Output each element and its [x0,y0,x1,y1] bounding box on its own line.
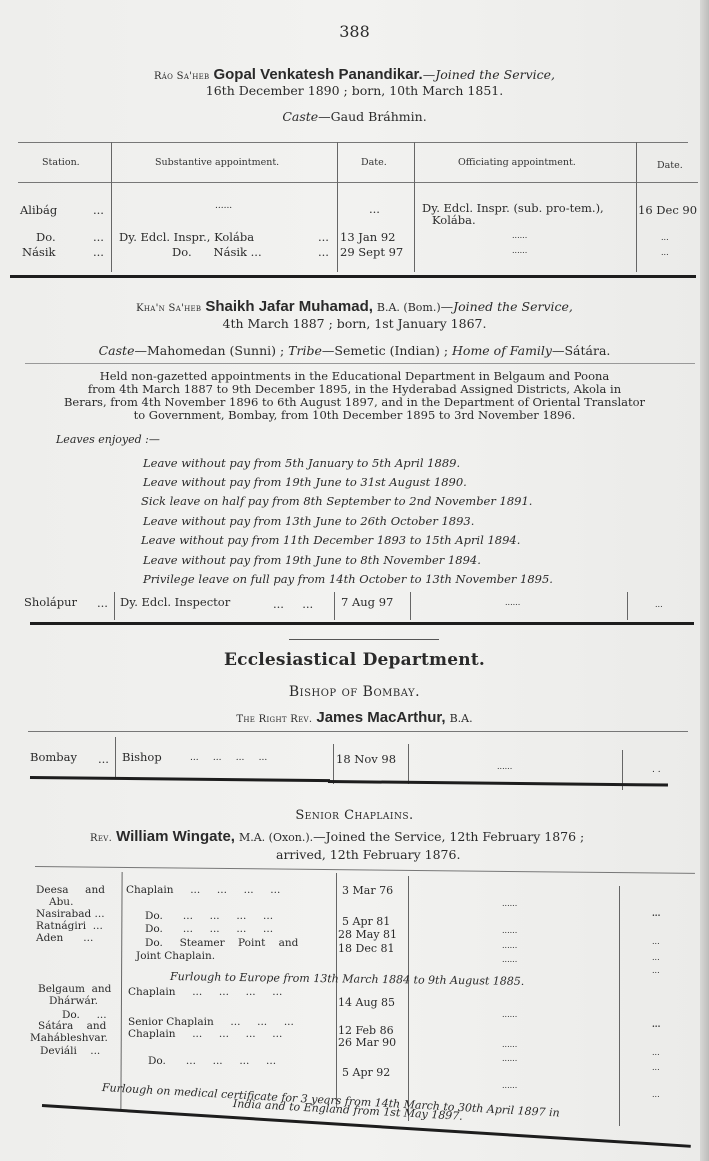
table-row-subst: Do. Násik ... [172,245,262,259]
leader-dots: ... ... [273,597,313,611]
table-row-offic: ...... [512,231,527,240]
col-divider [414,142,415,272]
entry2-joined: —Joined the Service, [441,299,573,314]
chaplain-degree: M.A. (Oxon.). [239,831,313,844]
table-row-station: Sholápur [24,595,77,609]
col-header-officiating: Officiating appointment. [458,157,576,168]
table-row-subst: Dy. Edcl. Inspr., Kolába [119,230,254,244]
col-divider [627,592,628,620]
col-divider [111,142,112,272]
table-row-odate: . . [652,765,661,775]
col-divider [619,886,620,1126]
table-row-station-cont: Abu. [49,896,73,908]
table-row-offic: ...... [502,1040,517,1049]
entry2-bottom-rule [30,622,694,625]
leave-item: Leave without pay from 13th June to 26th… [143,514,474,528]
table-row-date: 5 Apr 92 [342,1066,390,1079]
table-row-odate: ... [652,1063,660,1072]
bishop-heading: The Right Rev. James MacArthur, B.A. [0,711,709,727]
col-divider [336,873,337,1108]
table-row-date: 18 Nov 98 [336,752,396,766]
col-divider [410,592,411,620]
caste-value: —Gaud Bráhmin. [318,109,427,124]
table-row-odate: ... [652,1048,660,1057]
leader-dots: ... [93,230,104,244]
entry2-caste-line: Caste—Mahomedan (Sunni) ; Tribe—Semetic … [0,344,709,358]
table-row-station: Deviáli ... [40,1045,100,1057]
table-row-odate: ... [661,248,669,257]
caste-value: —Mahomedan (Sunni) ; [134,343,284,358]
table-row-date: 29 Sept 97 [340,245,403,259]
col-divider [334,592,335,620]
book-spine-shadow [700,0,709,1161]
table-row-subst: Chaplain ... ... ... ... [128,986,282,998]
table1-header-rule [18,182,698,183]
table-row-offic: ...... [502,899,517,908]
home-label: Home of Family [452,343,552,358]
chaplain-prefix: Rev. [90,833,112,844]
table-row-station: Aden ... [36,932,93,944]
entry2-degree: B.A. (Bom.) [377,301,441,314]
col-header-station: Station. [42,157,80,168]
entry2-dates: 4th March 1887 ; born, 1st January 1867. [0,317,709,331]
table-row-subst: Chaplain ... ... ... ... [126,884,280,896]
entry2-heading: Kha'n Sa'heb Shaikh Jafar Muhamad, B.A. … [0,300,709,316]
table-row-odate: 16 Dec 90 [638,203,697,217]
table-row-date: 3 Mar 76 [342,884,393,897]
table1-top-rule [18,142,688,143]
table1-bottom-rule [10,275,696,278]
table-row-offic: ...... [502,955,517,964]
entry1-caste: Caste—Gaud Bráhmin. [0,110,709,124]
entry1-title-prefix: Ráo Sa'heb [154,71,210,82]
col-divider [114,592,115,620]
table-row-subst: Senior Chaplain ... ... ... [128,1016,294,1028]
tribe-label: Tribe [288,343,322,358]
bishop-table-top-rule [28,731,688,732]
table-row-odate: ... [655,600,663,609]
table-row-offic: ...... [502,941,517,950]
table-row-station: Deesa and [36,884,105,896]
chaplain-name: William Wingate, [116,828,235,845]
leaves-label: Leaves enjoyed :— [56,433,160,446]
table-row-date: 5 Apr 81 [342,915,390,928]
table-row-odate: ... [652,1019,660,1029]
table-row-date: 7 Aug 97 [341,595,393,609]
table-row-station-cont: Dhárwár. [49,995,98,1007]
chaplain-joined: —Joined the Service, 12th February 1876 … [313,829,584,844]
table-row-offic: ...... [512,246,527,255]
caste-label: Caste [282,109,318,124]
table-row-subst: Dy. Edcl. Inspector [120,595,230,609]
table-row-subst: Chaplain ... ... ... ... [128,1028,282,1040]
chaplains-section-title: Senior Chaplains. [0,808,709,823]
paragraph-line: to Government, Bombay, from 10th Decembe… [0,409,709,422]
table-row-offic: ...... [497,762,512,771]
table-row-odate: ... [661,233,669,242]
bishop-section-title: Bishop of Bombay. [0,684,709,700]
table-row-offic: ...... [505,598,520,607]
col-divider [115,737,116,779]
table-row-offic: ...... [502,1054,517,1063]
leave-item: Sick leave on half pay from 8th Septembe… [141,494,532,508]
table-row-station: Belgaum and [38,983,111,995]
table-row-station: Do. [36,230,56,244]
table-row-date: 13 Jan 92 [340,230,395,244]
table-row-date: 14 Aug 85 [338,996,395,1009]
leader-dots: ... [318,230,329,244]
section-divider [289,639,439,640]
department-title: Ecclesiastical Department. [0,650,709,670]
leader-dots: ... [98,752,109,766]
table-row-station: Alibág [20,203,57,217]
leave-item: Leave without pay from 5th January to 5t… [143,456,460,470]
chaplain-heading: Rev. William Wingate, M.A. (Oxon.).—Join… [90,830,584,846]
col-header-date: Date. [361,157,387,168]
page-number: 388 [0,22,709,41]
leader-dots: ... [93,203,104,217]
entry2-title-prefix: Kha'n Sa'heb [136,303,201,314]
table-row-odate: ... [652,966,660,975]
entry1-dates: 16th December 1890 ; born, 10th March 18… [0,84,709,98]
table-row-subst: ...... [215,201,232,211]
table-row-station: Sátára and [38,1020,106,1032]
entry2-rule [25,363,695,364]
table-row-subst: Do. ... ... ... ... [148,1055,276,1067]
col-divider [408,744,409,784]
table-row-offic: ...... [502,1081,517,1090]
chaplain-arrived: arrived, 12th February 1876. [276,848,460,862]
leave-item: Privilege leave on full pay from 14th Oc… [143,572,553,586]
table-row-date: 18 Dec 81 [338,942,394,955]
leave-item: Leave without pay from 19th June to 8th … [143,553,481,567]
bishop-name: James MacArthur, [316,709,445,726]
home-value: —Sátára. [552,343,610,358]
table-row-date: 26 Mar 90 [338,1036,396,1049]
table-row-date: 28 May 81 [338,928,397,941]
table-row-subst: Do. Steamer Point and [145,937,298,949]
entry1-name: Gopal Venkatesh Panandikar. [213,66,422,83]
table-row-station: Násik [22,245,55,259]
table-row-station-cont: Mahábleshvar. [30,1032,108,1044]
tribe-value: —Semetic (Indian) ; [322,343,448,358]
entry2-name: Shaikh Jafar Muhamad, [205,298,373,315]
col-header-date2: Date. [657,160,683,171]
table-row-date: ... [369,202,380,216]
table-row-odate: ... [652,937,660,946]
table-row-station: Nasirabad ... [36,908,105,920]
table-row-subst-cont: Joint Chaplain. [136,950,215,962]
col-header-substantive: Substantive appointment. [155,157,279,168]
leave-item: Leave without pay from 11th December 189… [141,533,520,547]
entry1-heading: Ráo Sa'heb Gopal Venkatesh Panandikar.—J… [0,68,709,84]
table-row-subst: Bishop [122,750,162,764]
col-divider [408,876,409,1121]
table-row-offic: ...... [502,1010,517,1019]
leave-item: Leave without pay from 19th June to 31st… [143,475,467,489]
table-row-station: Ratnágiri ... [36,920,103,932]
bishop-degree: B.A. [450,712,473,725]
caste-label: Caste [99,343,135,358]
entry2-paragraph: Held non-gazetted appointments in the Ed… [0,370,709,422]
leader-dots: ... ... ... ... [190,753,267,763]
bishop-prefix: The Right Rev. [236,714,312,725]
table-row-station: Bombay [30,750,77,764]
table-row-odate: ... [652,908,660,918]
leader-dots: ... [97,596,108,610]
col-divider [333,744,334,784]
col-divider [337,142,338,272]
table-row-offic: ...... [502,926,517,935]
table-row-subst: Do. ... ... ... ... [145,910,273,922]
table-row-offic-cont: Kolába. [432,213,476,227]
entry1-joined: —Joined the Service, [423,67,555,82]
table-row-subst: Do. ... ... ... ... [145,923,273,935]
table-row-odate: ... [652,1090,660,1099]
col-divider [636,142,637,272]
table-row-odate: ... [652,953,660,962]
leader-dots: ... [93,245,104,259]
leader-dots: ... [318,245,329,259]
